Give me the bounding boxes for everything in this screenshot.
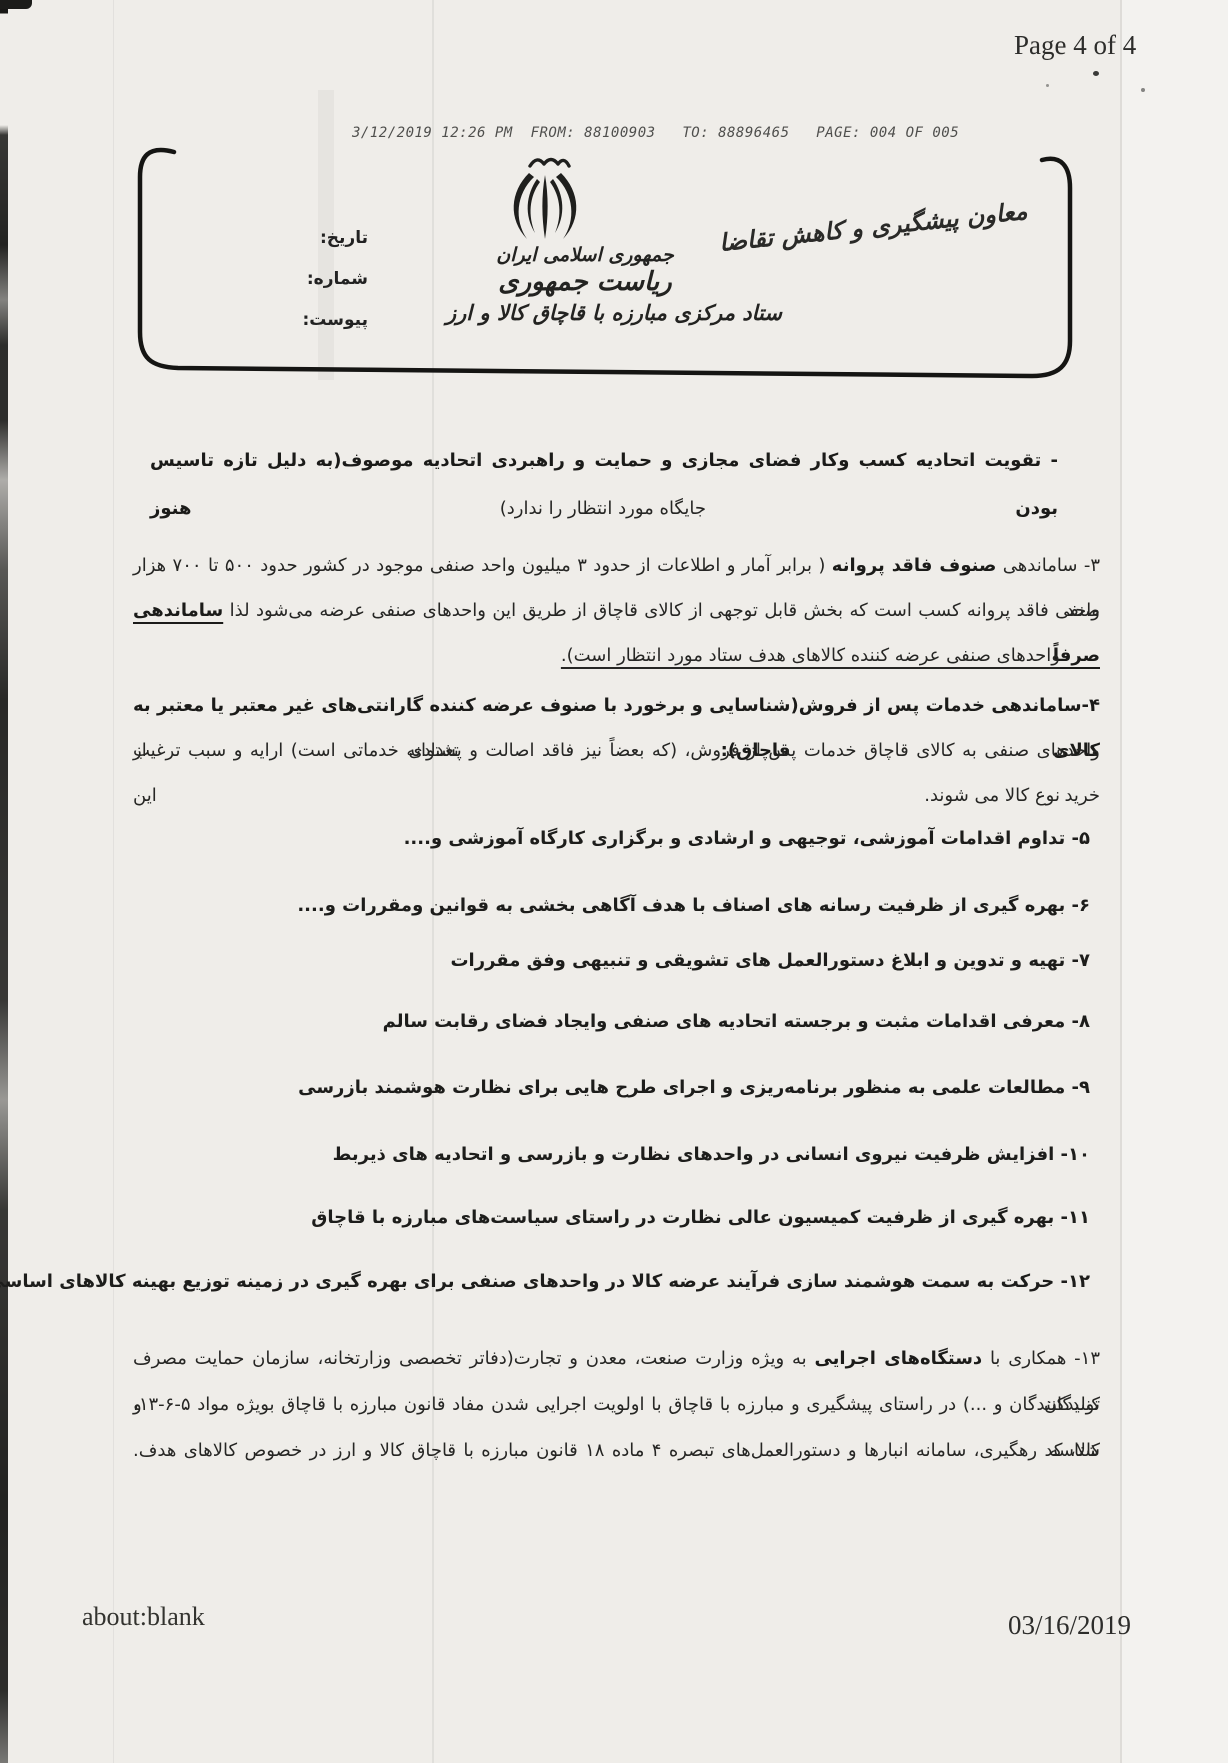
item13-line-3: کالا، کد رهگیری، سامانه انبارها و دستورا… bbox=[133, 1428, 1100, 1474]
item4-line-1: ۴-ساماندهی خدمات پس از فروش(شناسایی و بر… bbox=[133, 683, 1100, 728]
list-item-6: ۶- بهره گیری از ظرفیت رسانه های اصناف با… bbox=[133, 895, 1100, 916]
list-item-11: ۱۱- بهره گیری از ظرفیت کمیسیون عالی نظار… bbox=[133, 1207, 1100, 1228]
item3-l1b-bold: صنوف فاقد پروانه bbox=[832, 555, 997, 576]
list-item-9: ۹- مطالعات علمی به منظور برنامه‌ریزی و ا… bbox=[133, 1077, 1100, 1098]
scan-corner-mark bbox=[0, 0, 32, 9]
scan-artifact-left-edge bbox=[0, 0, 8, 1763]
item3-line-2: صنفی فاقد پروانه کسب است که بخش قابل توج… bbox=[133, 588, 1100, 633]
item4-line-2: واحدهای صنفی به کالای قاچاق خدمات پس از … bbox=[133, 728, 1100, 773]
item3-line-3: واحدهای صنفی عرضه کننده کالاهای هدف ستاد… bbox=[133, 633, 1100, 678]
iran-emblem-icon bbox=[497, 153, 593, 248]
scan-speck bbox=[1046, 84, 1049, 87]
scan-band bbox=[113, 0, 114, 1763]
item3-line-1: ۳- ساماندهی صنوف فاقد پروانه ( برابر آما… bbox=[133, 543, 1100, 588]
field-date-label: تاریخ: bbox=[248, 228, 368, 248]
list-item-5: ۵- تداوم اقدامات آموزشی، توجیهی و ارشادی… bbox=[133, 828, 1100, 849]
letterhead-org-block: جمهوری اسلامی ایران ریاست جمهوری ستاد مر… bbox=[420, 244, 750, 325]
scanned-fax-document-page: Page 4 of 4 3/12/2019 12:26 PM FROM: 881… bbox=[0, 0, 1228, 1763]
list-item-12: ۱۲- حرکت به سمت هوشمند سازی فرآیند عرضه … bbox=[133, 1271, 1100, 1292]
item13-line-1: ۱۳- همکاری با دستگاه‌های اجرایی به ویژه … bbox=[133, 1336, 1100, 1382]
scan-light-column bbox=[1122, 0, 1228, 1763]
item3-l3-underlined: واحدهای صنفی عرضه کننده کالاهای هدف ستاد… bbox=[561, 645, 1060, 666]
bullet-item-union: - تقویت اتحادیه کسب وکار فضای مجازی و حم… bbox=[150, 437, 1058, 533]
print-footer-url: about:blank bbox=[82, 1602, 205, 1632]
org-line-country: جمهوری اسلامی ایران bbox=[420, 244, 750, 266]
list-item-4: ۴-ساماندهی خدمات پس از فروش(شناسایی و بر… bbox=[133, 683, 1100, 818]
item13-l1a: ۱۳- همکاری با bbox=[982, 1348, 1100, 1369]
letterhead-fields: تاریخ: شماره: پیوست: bbox=[248, 228, 368, 351]
item3-l2a: صنفی فاقد پروانه کسب است که بخش قابل توج… bbox=[223, 600, 1100, 621]
print-footer-date: 03/16/2019 bbox=[1008, 1610, 1131, 1641]
list-item-7: ۷- تهیه و تدوین و ابلاغ دستورالعمل های ت… bbox=[133, 950, 1100, 971]
item3-l1a: ۳- ساماندهی bbox=[996, 555, 1100, 576]
item13-l1b-bold: دستگاه‌های اجرایی bbox=[814, 1348, 982, 1369]
list-item-13: ۱۳- همکاری با دستگاه‌های اجرایی به ویژه … bbox=[133, 1336, 1100, 1474]
print-page-number: Page 4 of 4 bbox=[1014, 30, 1136, 61]
scan-speck bbox=[1141, 88, 1145, 92]
bullet-line-1: - تقویت اتحادیه کسب وکار فضای مجازی و حم… bbox=[150, 437, 1058, 485]
scan-speck bbox=[1093, 71, 1099, 76]
list-item-10: ۱۰- افزایش ظرفیت نیروی انسانی در واحدهای… bbox=[133, 1144, 1100, 1165]
field-attachment-label: پیوست: bbox=[248, 310, 368, 330]
list-item-8: ۸- معرفی اقدامات مثبت و برجسته اتحادیه ه… bbox=[133, 1011, 1100, 1032]
field-number-label: شماره: bbox=[248, 269, 368, 289]
org-line-headquarters: ستاد مرکزی مبارزه با قاچاق کالا و ارز bbox=[452, 301, 782, 325]
item13-line-2: تولیدکنندگان و ...) در راستای پیشگیری و … bbox=[133, 1382, 1100, 1428]
list-item-3: ۳- ساماندهی صنوف فاقد پروانه ( برابر آما… bbox=[133, 543, 1100, 678]
org-line-presidency: ریاست جمهوری bbox=[420, 267, 750, 297]
